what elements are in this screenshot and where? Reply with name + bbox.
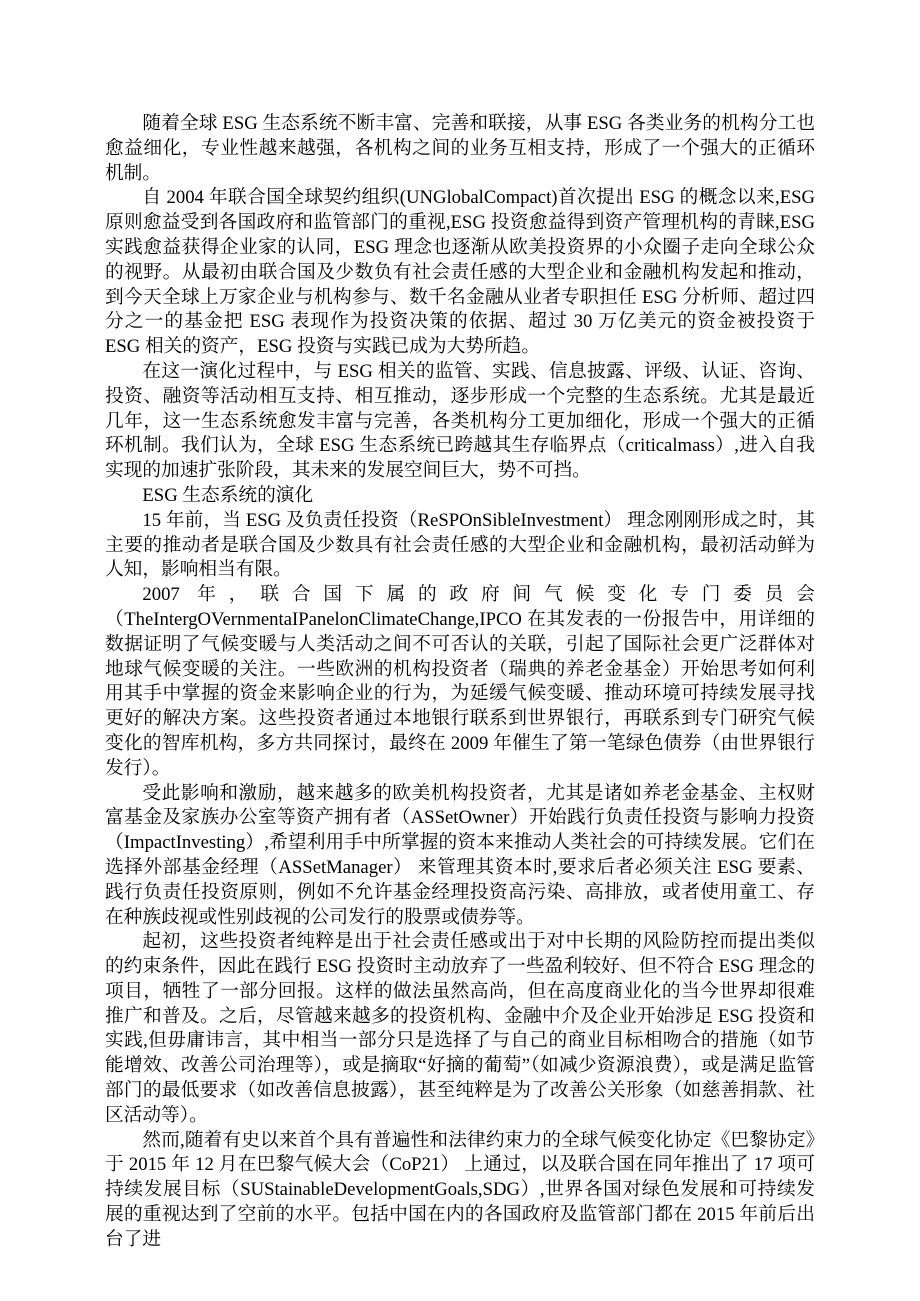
- section-heading-esg-evolution: ESG 生态系统的演化: [105, 484, 815, 509]
- paragraph-paris-agreement: 然而,随着有史以来首个具有普遍性和法律约束力的全球气候变化协定《巴黎协定》于 2…: [105, 1129, 815, 1253]
- document-page: 随着全球 ESG 生态系统不断丰富、完善和联接，从事 ESG 各类业务的机构分工…: [0, 0, 920, 1301]
- paragraph-since-2004: 自 2004 年联合国全球契约组织(UNGlobalCompact)首次提出 E…: [105, 186, 815, 360]
- paragraph-intro-ecosystem: 随着全球 ESG 生态系统不断丰富、完善和联接，从事 ESG 各类业务的机构分工…: [105, 112, 815, 186]
- paragraph-evolution-process: 在这一演化过程中，与 ESG 相关的监管、实践、信息披露、评级、认证、咨询、投资…: [105, 360, 815, 484]
- document-text-body: 随着全球 ESG 生态系统不断丰富、完善和联接，从事 ESG 各类业务的机构分工…: [105, 112, 815, 1253]
- paragraph-15-years-ago: 15 年前，当 ESG 及负责任投资（ReSPOnSibleInvestment…: [105, 509, 815, 583]
- paragraph-early-motivation: 起初，这些投资者纯粹是出于社会责任感或出于对中长期的风险防控而提出类似的约束条件…: [105, 930, 815, 1128]
- paragraph-2007-ipcc-report: 2007 年，联合国下属的政府间气候变化专门委员会（TheIntergOVern…: [105, 583, 815, 781]
- paragraph-asset-owners: 受此影响和激励，越来越多的欧美机构投资者，尤其是诸如养老金基金、主权财富基金及家…: [105, 782, 815, 931]
